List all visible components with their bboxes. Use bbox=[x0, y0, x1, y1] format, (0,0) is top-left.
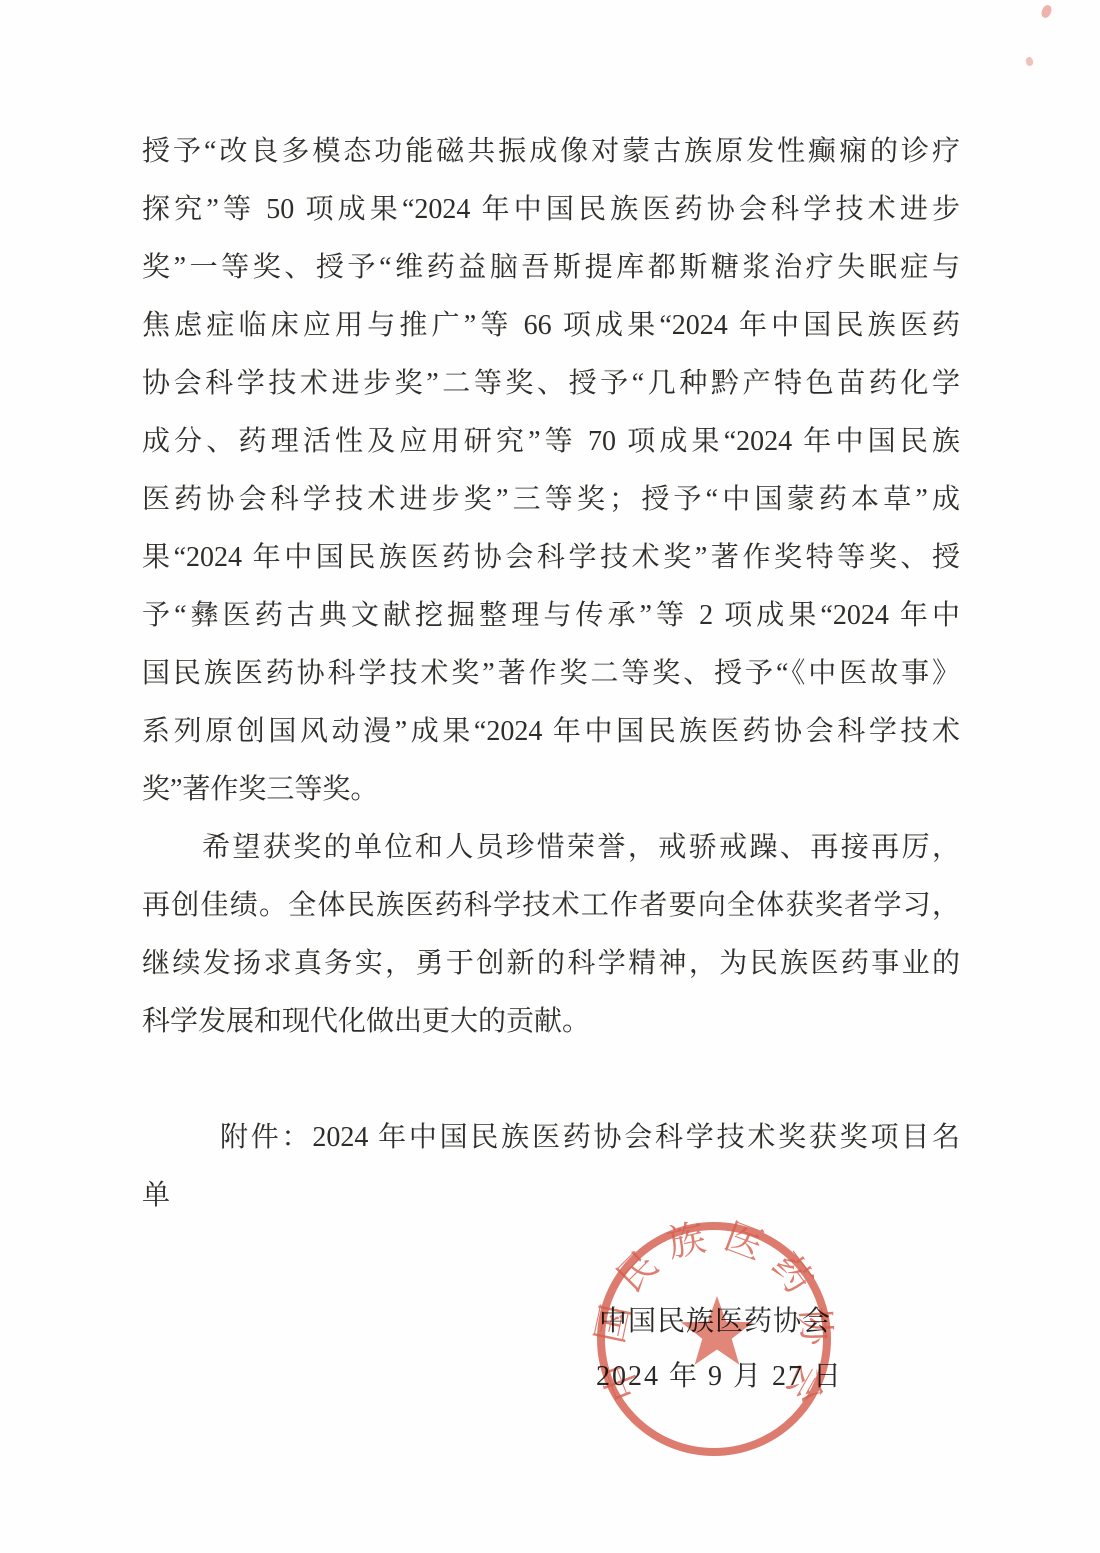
body-line: 奖”一等奖、授予“维药益脑吾斯提库都斯糖浆治疗失眠症与 bbox=[142, 239, 960, 297]
attachment-line: 单 bbox=[142, 1167, 960, 1225]
body-line: 予“彝医药古典文献挖掘整理与传承”等 2 项成果“2024 年中 bbox=[142, 587, 960, 645]
body-line: 成分、药理活性及应用研究”等 70 项成果“2024 年中国民族 bbox=[142, 413, 960, 471]
body-line: 果“2024 年中国民族医药协会科学技术奖”著作奖特等奖、授 bbox=[142, 529, 960, 587]
blank-line bbox=[142, 1051, 960, 1109]
body-line: 授予“改良多模态功能磁共振成像对蒙古族原发性癫痫的诊疗 bbox=[142, 123, 960, 181]
document-body: 授予“改良多模态功能磁共振成像对蒙古族原发性癫痫的诊疗 探究”等 50 项成果“… bbox=[142, 123, 960, 1225]
body-line: 医药协会科学技术进步奖”三等奖；授予“中国蒙药本草”成 bbox=[142, 471, 960, 529]
body-line: 系列原创国风动漫”成果“2024 年中国民族医药协会科学技术 bbox=[142, 703, 960, 761]
signature-text: 中国民族医药协会 bbox=[599, 1293, 831, 1351]
body-line: 希望获奖的单位和人员珍惜荣誉，戒骄戒躁、再接再厉， bbox=[142, 819, 960, 877]
body-line: 继续发扬求真务实，勇于创新的科学精神，为民族医药事业的 bbox=[142, 935, 960, 993]
body-line: 焦虑症临床应用与推广”等 66 项成果“2024 年中国民族医药 bbox=[142, 297, 960, 355]
body-line: 再创佳绩。全体民族医药科学技术工作者要向全体获奖者学习， bbox=[142, 877, 960, 935]
body-line: 国民族医药协科学技术奖”著作奖二等奖、授予“《中医故事》 bbox=[142, 645, 960, 703]
attachment-line: 附件：2024 年中国民族医药协会科学技术奖获奖项目名 bbox=[142, 1109, 960, 1167]
body-line: 科学发展和现代化做出更大的贡献。 bbox=[142, 993, 960, 1051]
ink-speck bbox=[1040, 4, 1053, 19]
body-line: 协会科学技术进步奖”二等奖、授予“几种黔产特色苗药化学 bbox=[142, 355, 960, 413]
date-text: 2024 年 9 月 27 日 bbox=[596, 1348, 843, 1406]
ink-speck bbox=[1025, 56, 1034, 67]
document-page: 授予“改良多模态功能磁共振成像对蒙古族原发性癫痫的诊疗 探究”等 50 项成果“… bbox=[0, 0, 1100, 1553]
body-line: 奖”著作奖三等奖。 bbox=[142, 761, 960, 819]
body-line: 探究”等 50 项成果“2024 年中国民族医药协会科学技术进步 bbox=[142, 181, 960, 239]
